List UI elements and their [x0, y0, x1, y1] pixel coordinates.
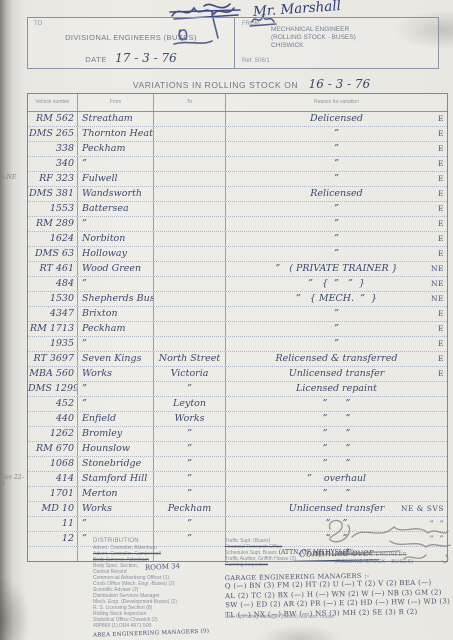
- vehicle-cell: 414: [28, 472, 78, 486]
- title-date-handwritten: 16 - 3 - 76: [309, 77, 371, 91]
- title-text: VARIATIONS IN ROLLING STOCK ON: [133, 80, 298, 90]
- vehicle-cell: 338: [28, 142, 78, 156]
- to-cell: [154, 337, 226, 351]
- table-row: RM 1713Peckham”E: [28, 322, 447, 337]
- table-row: 1068Stonebridge”” ”: [28, 457, 447, 472]
- table-row: 484”” { ” ” }NE: [28, 277, 447, 292]
- status-text: E: [438, 217, 444, 230]
- from-cell: Seven Kings: [78, 352, 154, 366]
- reason-cell: ” overhaul: [226, 472, 447, 486]
- reason-cell: ” ”: [226, 457, 447, 471]
- table-row: 452”Leyton” ”: [28, 397, 447, 412]
- from-cell: Hounslow: [78, 442, 154, 456]
- reason-cell: ”E: [226, 307, 447, 321]
- vehicle-cell: 484: [28, 277, 78, 291]
- table-row: DMS 381WandsworthRelicensedE: [28, 187, 447, 202]
- table-row: 338Peckham”E: [28, 142, 447, 157]
- status-text: E: [438, 172, 444, 185]
- to-label: TO: [34, 21, 42, 27]
- vehicle-cell: 1553: [28, 202, 78, 216]
- status-text: E: [438, 157, 444, 170]
- status-text: E: [438, 337, 444, 350]
- from-cell: ”: [78, 217, 154, 231]
- to-cell: ”: [154, 487, 226, 501]
- to-cell: [154, 187, 226, 201]
- scanned-rolling-stock-form: Mr. Marshall TO DIVISIONAL ENGINEERS (BU…: [0, 0, 453, 640]
- reason-text: Relicensed: [310, 187, 363, 200]
- reason-text: ”: [334, 337, 339, 350]
- reason-text: ” ”: [323, 442, 351, 455]
- vehicle-cell: 1530: [28, 292, 78, 306]
- to-cell: [154, 247, 226, 261]
- to-cell: [154, 202, 226, 216]
- to-cell: [154, 322, 226, 336]
- reason-text: ” ”: [323, 457, 351, 470]
- from-cell: Stonebridge: [78, 457, 154, 471]
- to-cell: ”: [154, 472, 226, 486]
- reason-cell: ” ( PRIVATE TRAINER }NE: [226, 262, 447, 276]
- status-text: E: [438, 112, 444, 125]
- vehicle-cell: 4347: [28, 307, 78, 321]
- from-cell: Norbiton: [78, 232, 154, 246]
- vehicle-cell: RF 323: [28, 172, 78, 186]
- status-text: NE: [431, 262, 444, 275]
- table-row: 414Stamford Hill”” overhaulSee 22-3: [28, 472, 447, 487]
- to-cell: [154, 127, 226, 141]
- to-cell: [154, 292, 226, 306]
- reason-text: ”: [334, 127, 339, 140]
- reason-text: ” { MECH. ” }: [296, 292, 377, 305]
- from-cell: Wandsworth: [78, 187, 154, 201]
- date-line: DATE 17 - 3 - 76: [28, 49, 234, 67]
- vehicle-cell: RT 3697: [28, 352, 78, 366]
- vehicle-cell: RM 670: [28, 442, 78, 456]
- ref-number: Ref. 508/1: [242, 58, 270, 64]
- to-cell: [154, 307, 226, 321]
- from-cell: Wood Green: [78, 262, 154, 276]
- to-cell: [154, 217, 226, 231]
- status-text: E: [438, 352, 444, 365]
- to-cell: [154, 112, 226, 126]
- reason-text: Licensed repaint: [296, 382, 377, 395]
- reason-cell: Relicensed & transferredE: [226, 352, 447, 366]
- header-to-section: TO DIVISIONAL ENGINEERS (BUSES) DATE 17 …: [28, 18, 235, 68]
- table-row: RM 670Hounslow”” ”: [28, 442, 447, 457]
- vehicle-cell: RM 289: [28, 217, 78, 231]
- from-cell: Brixton: [78, 307, 154, 321]
- table-row: 440EnfieldWorks” ”: [28, 412, 447, 427]
- vehicle-cell: DMS 381: [28, 187, 78, 201]
- reason-text: ”: [334, 142, 339, 155]
- distribution-list: DISTRIBUTION Advert. Controller, Aldenha…: [93, 538, 245, 636]
- reason-cell: ” ”: [226, 427, 447, 441]
- table-row: DMS 63Holloway”E: [28, 247, 447, 262]
- to-cell: Victoria: [154, 367, 226, 381]
- distribution-lines: Advert. Controller, AldenhamAdvert. Cont…: [93, 545, 245, 629]
- reason-cell: Licensed repaint: [226, 382, 447, 396]
- table-row: 340””E: [28, 157, 447, 172]
- table-row: DMS 265Thornton Heath”E: [28, 127, 447, 142]
- vehicle-cell: 340: [28, 157, 78, 171]
- reason-cell: RelicensedE: [226, 187, 447, 201]
- header-from: From: [78, 94, 154, 111]
- reason-cell: ”E: [226, 142, 447, 156]
- reason-text: ”: [334, 307, 339, 320]
- from-cell: Streatham: [78, 112, 154, 126]
- to-cell: ”: [154, 517, 226, 531]
- reason-cell: ” ”: [226, 397, 447, 411]
- reason-text: Delicensed: [310, 112, 363, 125]
- form-title: VARIATIONS IN ROLLING STOCK ON 16 - 3 - …: [70, 75, 433, 93]
- status-text: E: [438, 202, 444, 215]
- vehicle-cell: 1935: [28, 337, 78, 351]
- from-cell: Fulwell: [78, 172, 154, 186]
- table-row: DMS 1299””Licensed repaint: [28, 382, 447, 397]
- reason-text: Unlicensed transfer: [289, 367, 385, 380]
- from-cell: Works: [78, 502, 154, 516]
- vehicle-cell: RT 461: [28, 262, 78, 276]
- header-from-section: FROM MECHANICAL ENGINEER (ROLLING STOCK …: [235, 18, 438, 68]
- from-cell: Bromley: [78, 427, 154, 441]
- from-cell: Peckham: [78, 322, 154, 336]
- from-cell: ”: [78, 397, 154, 411]
- table-row: 4347Brixton”E: [28, 307, 447, 322]
- reason-text: ” ( PRIVATE TRAINER }: [275, 262, 397, 275]
- from-cell: Merton: [78, 487, 154, 501]
- table-row: 1701Merton”” ”: [28, 487, 447, 502]
- status-text: NE: [431, 292, 444, 305]
- vehicle-cell: 11: [28, 517, 78, 531]
- table-row: 1624Norbiton”E: [28, 232, 447, 247]
- status-text: E: [438, 187, 444, 200]
- reason-cell: ” ”: [226, 487, 447, 501]
- table-row: 1262Bromley”” ”: [28, 427, 447, 442]
- vehicle-cell: MBA 560: [28, 367, 78, 381]
- reason-text: ”: [334, 217, 339, 230]
- reason-cell: ” ”: [226, 412, 447, 426]
- reason-text: ” ”: [323, 487, 351, 500]
- from-cell: Works: [78, 367, 154, 381]
- margin-annotation: See 22-3: [1, 474, 27, 488]
- to-value: DIVISIONAL ENGINEERS (BUSES): [28, 33, 234, 42]
- to-cell: ”: [154, 457, 226, 471]
- header-vehicle-number: Vehicle number: [28, 94, 78, 111]
- from-cell: Thornton Heath: [78, 127, 154, 141]
- status-text: E: [438, 322, 444, 335]
- table-body: RM 562StreathamDelicensedEDMS 265Thornto…: [28, 112, 447, 561]
- table-row: 1935””E: [28, 337, 447, 352]
- reason-text: ”: [334, 202, 339, 215]
- to-cell: Peckham: [154, 502, 226, 516]
- table-row: 1553Battersea”E: [28, 202, 447, 217]
- margin-annotation: e-NE: [1, 174, 27, 181]
- vehicle-cell: 1262: [28, 427, 78, 441]
- vehicle-cell: MD 10: [28, 502, 78, 516]
- reason-cell: ”E: [226, 202, 447, 216]
- reason-text: ” overhaul: [307, 472, 366, 485]
- to-cell: Works: [154, 412, 226, 426]
- vehicle-cell: RM 562: [28, 112, 78, 126]
- vehicle-cell: 1068: [28, 457, 78, 471]
- area-engineering-managers-note: AREA ENGINEERING MANAGERS (9): [93, 627, 245, 638]
- reason-cell: ”E: [226, 337, 447, 351]
- header-box: TO DIVISIONAL ENGINEERS (BUSES) DATE 17 …: [27, 17, 439, 69]
- reason-cell: ”E: [226, 172, 447, 186]
- rolling-stock-table: Vehicle number From To Reason for variat…: [27, 93, 448, 562]
- reason-text: ”: [334, 172, 339, 185]
- reason-cell: ” ”: [226, 442, 447, 456]
- table-row: RT 461Wood Green” ( PRIVATE TRAINER }NE: [28, 262, 447, 277]
- to-cell: ”: [154, 427, 226, 441]
- reason-cell: Unlicensed transferNE & SVS: [226, 502, 447, 516]
- to-cell: [154, 262, 226, 276]
- from-cell: ”: [78, 277, 154, 291]
- vehicle-cell: 452: [28, 397, 78, 411]
- table-row: RT 3697Seven KingsNorth StreetRelicensed…: [28, 352, 447, 367]
- status-text: E: [438, 247, 444, 260]
- from-cell: ”: [78, 337, 154, 351]
- reason-cell: ” { ” ” }NE: [226, 277, 447, 291]
- reason-text: ”: [334, 247, 339, 260]
- status-text: NE & SVS: [401, 502, 444, 515]
- from-cell: ”: [78, 382, 154, 396]
- status-text: E: [438, 232, 444, 245]
- status-text: E: [438, 127, 444, 140]
- vehicle-cell: DMS 63: [28, 247, 78, 261]
- from-cell: Battersea: [78, 202, 154, 216]
- reason-text: ”: [334, 157, 339, 170]
- vehicle-cell: 440: [28, 412, 78, 426]
- reason-text: ”: [334, 322, 339, 335]
- table-row: 1530Shepherds Bush” { MECH. ” }NE: [28, 292, 447, 307]
- from-cell: ”: [78, 517, 154, 531]
- date-label: DATE: [85, 55, 106, 64]
- to-cell: ”: [154, 382, 226, 396]
- from-line1: MECHANICAL ENGINEER: [271, 26, 356, 34]
- reason-text: ” ”: [323, 412, 351, 425]
- to-cell: [154, 277, 226, 291]
- from-cell: Peckham: [78, 142, 154, 156]
- from-line2: (ROLLING STOCK - BUSES): [271, 34, 356, 42]
- reason-text: ” ”: [323, 397, 351, 410]
- reason-text: Unlicensed transfer: [289, 502, 385, 515]
- header-to: To: [154, 94, 226, 111]
- to-cell: North Street: [154, 352, 226, 366]
- from-value: MECHANICAL ENGINEER (ROLLING STOCK - BUS…: [271, 26, 356, 50]
- reason-cell: ” { MECH. ” }NE: [226, 292, 447, 306]
- to-cell: [154, 172, 226, 186]
- status-text: E: [438, 142, 444, 155]
- reason-cell: Unlicensed transferE: [226, 367, 447, 381]
- vehicle-cell: DMS 1299: [28, 382, 78, 396]
- table-row: RM 289””E: [28, 217, 447, 232]
- table-header-row: Vehicle number From To Reason for variat…: [28, 94, 447, 112]
- reason-cell: ”E: [226, 127, 447, 141]
- status-text: NE: [431, 277, 444, 290]
- signature-scribble: [300, 515, 453, 577]
- table-row: MBA 560WorksVictoriaUnlicensed transferE: [28, 367, 447, 382]
- operating-manager-line: Divl. Operating Manager (Buses) Mansion …: [225, 614, 334, 620]
- status-text: E: [438, 307, 444, 320]
- vehicle-cell: 1624: [28, 232, 78, 246]
- reason-text: ”: [334, 232, 339, 245]
- reason-text: Relicensed & transferred: [276, 352, 398, 365]
- reason-text: ” ”: [323, 427, 351, 440]
- status-text: E: [438, 367, 444, 380]
- reason-cell: ”E: [226, 247, 447, 261]
- from-cell: Stamford Hill: [78, 472, 154, 486]
- from-cell: Enfield: [78, 412, 154, 426]
- vehicle-cell: 1701: [28, 487, 78, 501]
- reason-cell: ”E: [226, 232, 447, 246]
- header-reason: Reason for variation: [226, 94, 447, 111]
- from-cell: Shepherds Bush: [78, 292, 154, 306]
- to-cell: ”: [154, 442, 226, 456]
- from-cell: Holloway: [78, 247, 154, 261]
- reason-cell: ”E: [226, 217, 447, 231]
- reason-text: ” { ” ” }: [308, 277, 365, 290]
- reason-cell: ”E: [226, 322, 447, 336]
- date-value-handwritten: 17 - 3 - 76: [115, 51, 177, 65]
- to-cell: Leyton: [154, 397, 226, 411]
- reason-cell: ”E: [226, 157, 447, 171]
- garage-codes-block: GARAGE ENGINEERING MANAGERS :- Q (—) BN …: [225, 570, 453, 620]
- from-line3: CHISWICK: [271, 42, 356, 50]
- table-row: RM 562StreathamDelicensedE: [28, 112, 447, 127]
- table-row: RF 323Fulwell”Ee-NE: [28, 172, 447, 187]
- reason-cell: DelicensedE: [226, 112, 447, 126]
- distribution-heading: DISTRIBUTION: [93, 538, 245, 544]
- to-cell: [154, 142, 226, 156]
- from-cell: ”: [78, 157, 154, 171]
- to-cell: [154, 157, 226, 171]
- to-cell: [154, 232, 226, 246]
- vehicle-cell: RM 1713: [28, 322, 78, 336]
- vehicle-cell: DMS 265: [28, 127, 78, 141]
- from-label: FROM: [242, 21, 260, 27]
